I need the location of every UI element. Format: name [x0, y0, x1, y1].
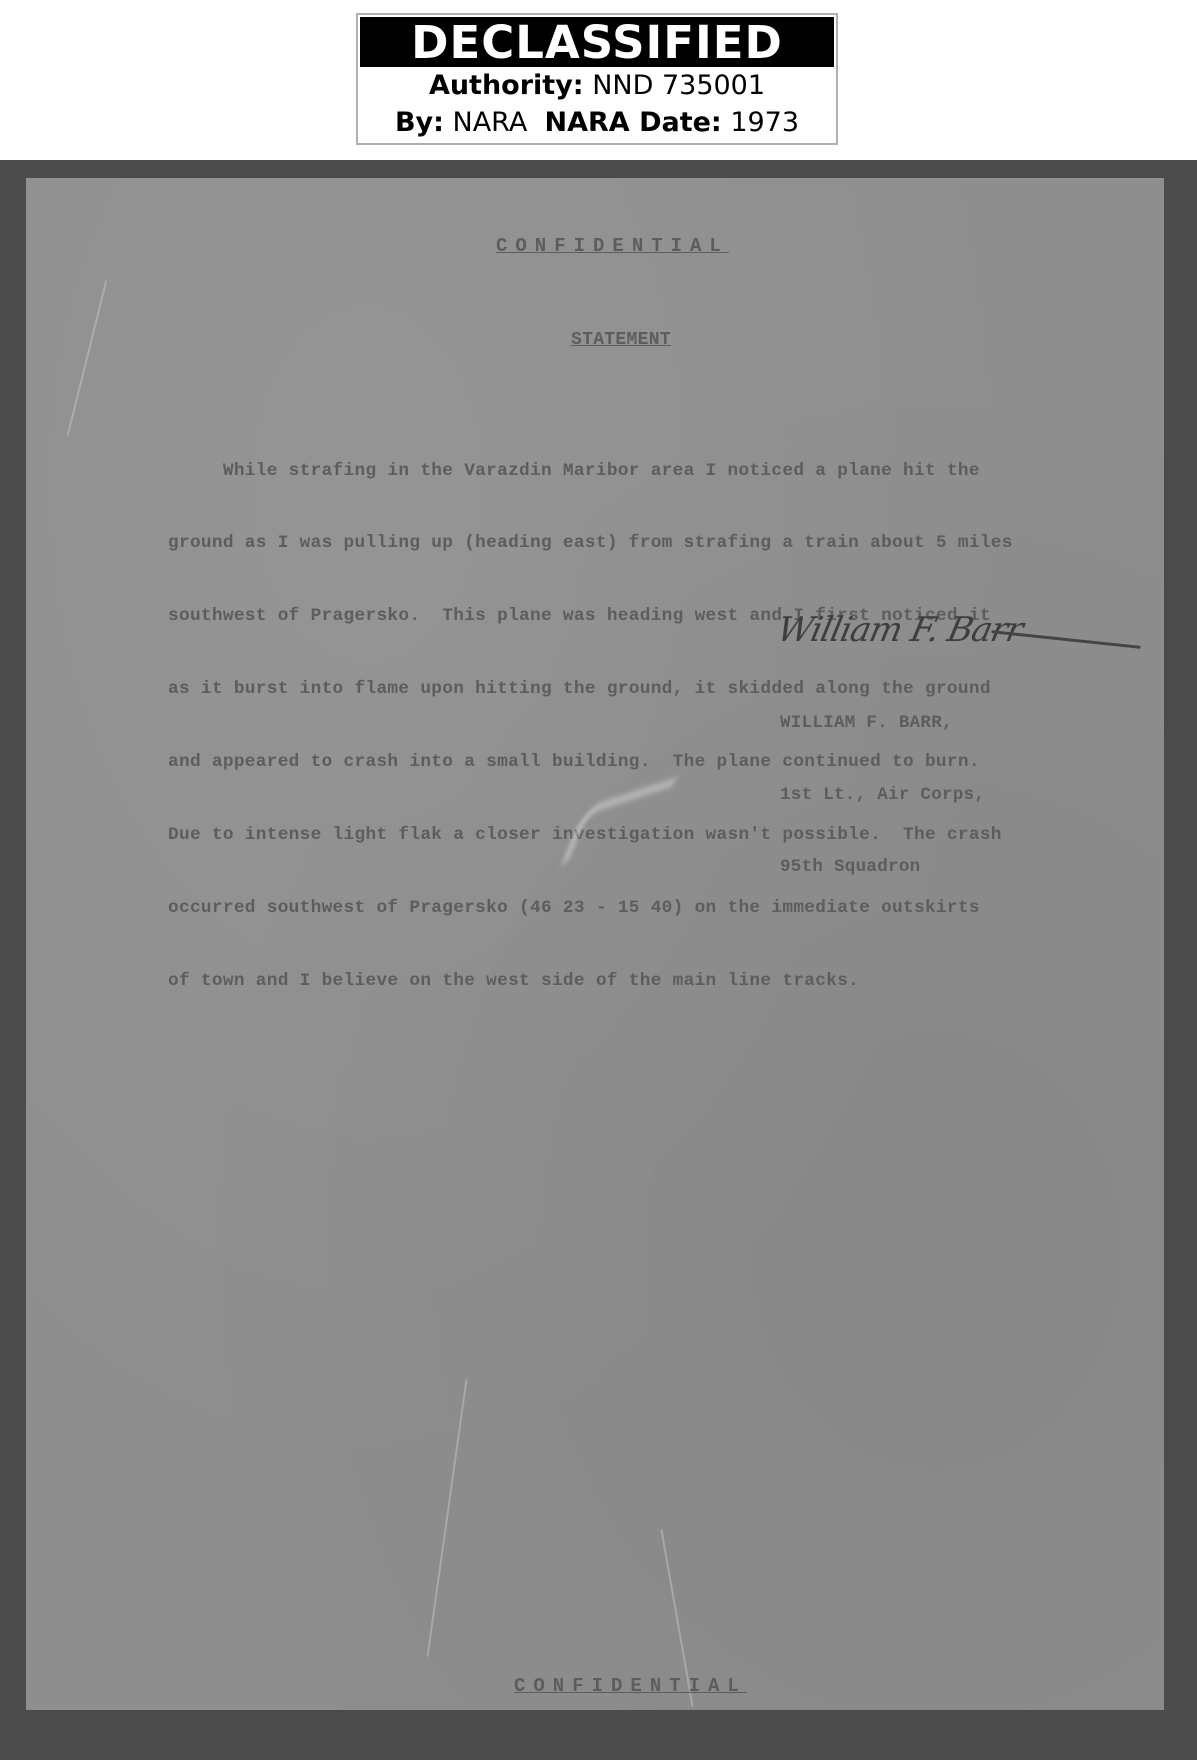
- signer-unit: 95th Squadron: [780, 855, 985, 879]
- authority-value: NND 735001: [592, 70, 765, 101]
- classification-bottom: CONFIDENTIAL: [514, 1675, 747, 1697]
- handwritten-signature: William F. Barr: [774, 610, 1026, 650]
- by-value: NARA: [453, 107, 528, 138]
- body-line: of town and I believe on the west side o…: [168, 969, 1013, 993]
- authority-label: Authority:: [429, 70, 584, 101]
- classification-top: CONFIDENTIAL: [496, 235, 729, 257]
- stamp-title: DECLASSIFIED: [360, 17, 834, 67]
- signer-rank: 1st Lt., Air Corps,: [780, 783, 985, 807]
- scratch-mark: [427, 1379, 468, 1657]
- body-line: While strafing in the Varazdin Maribor a…: [168, 459, 1013, 483]
- declassified-stamp: DECLASSIFIED Authority: NND 735001 By: N…: [356, 13, 838, 145]
- stamp-authority: Authority: NND 735001: [358, 70, 836, 101]
- by-label: By:: [395, 107, 444, 138]
- stamp-by-date: By: NARA NARA Date: 1973: [358, 107, 836, 138]
- body-line: ground as I was pulling up (heading east…: [168, 531, 1013, 555]
- date-label: NARA Date:: [545, 107, 722, 138]
- date-value: 1973: [730, 107, 799, 138]
- signature-block: WILLIAM F. BARR, 1st Lt., Air Corps, 95t…: [780, 663, 985, 927]
- scratch-mark: [67, 280, 108, 436]
- scan-frame: CONFIDENTIAL STATEMENT While strafing in…: [0, 160, 1197, 1760]
- document-page: CONFIDENTIAL STATEMENT While strafing in…: [26, 178, 1164, 1710]
- document-heading: STATEMENT: [571, 330, 671, 350]
- signer-name: WILLIAM F. BARR,: [780, 711, 985, 735]
